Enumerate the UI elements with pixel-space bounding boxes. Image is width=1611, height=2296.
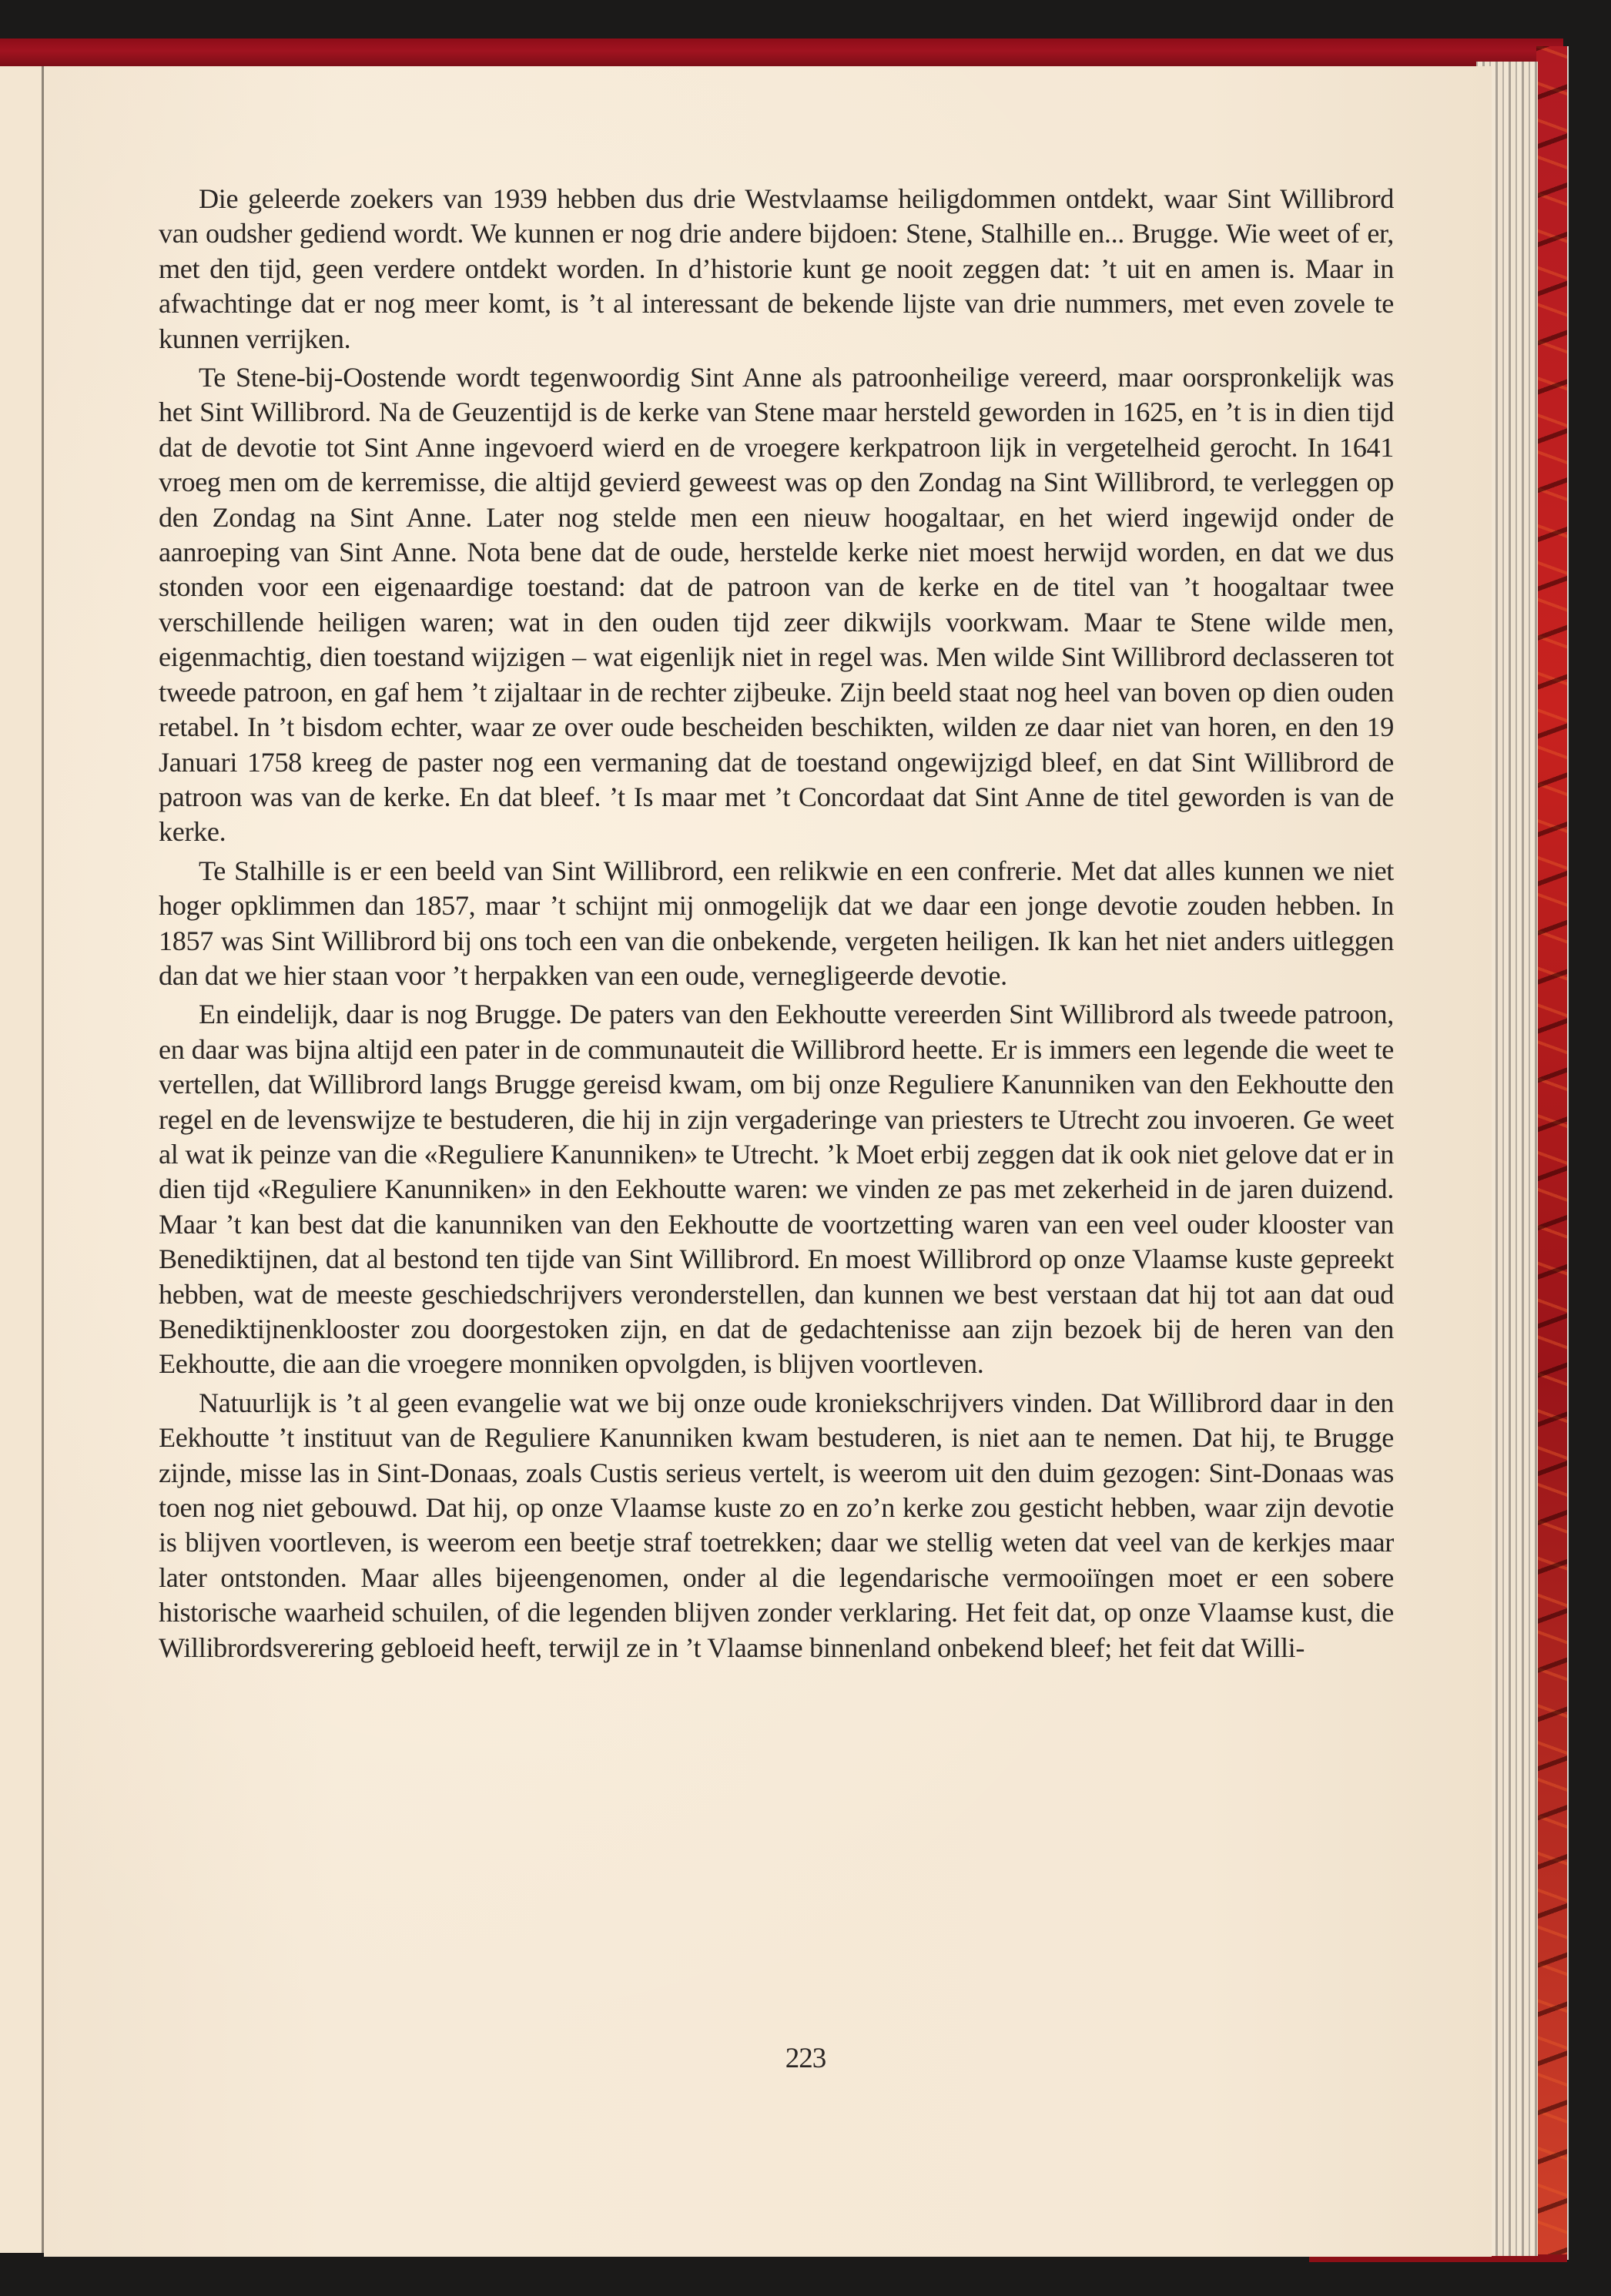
facing-page-edge [0,66,44,2253]
paragraph-conclusion: Natuurlijk is ’t al geen evangelie wat w… [159,1386,1394,1665]
body-text: Die geleerde zoekers van 1939 hebben dus… [159,182,1394,1665]
paragraph-intro: Die geleerde zoekers van 1939 hebben dus… [159,182,1394,356]
paragraph-stene: Te Stene-bij-Oostende wordt tegenwoordig… [159,360,1394,850]
paragraph-brugge: En eindelijk, daar is nog Brugge. De pat… [159,997,1394,1381]
page-number: 223 [0,2042,1611,2075]
paragraph-stalhille: Te Stalhille is er een beeld van Sint Wi… [159,854,1394,994]
book-cover-marbled-edge [1536,46,1569,2260]
book-cover-top-edge [0,38,1563,66]
